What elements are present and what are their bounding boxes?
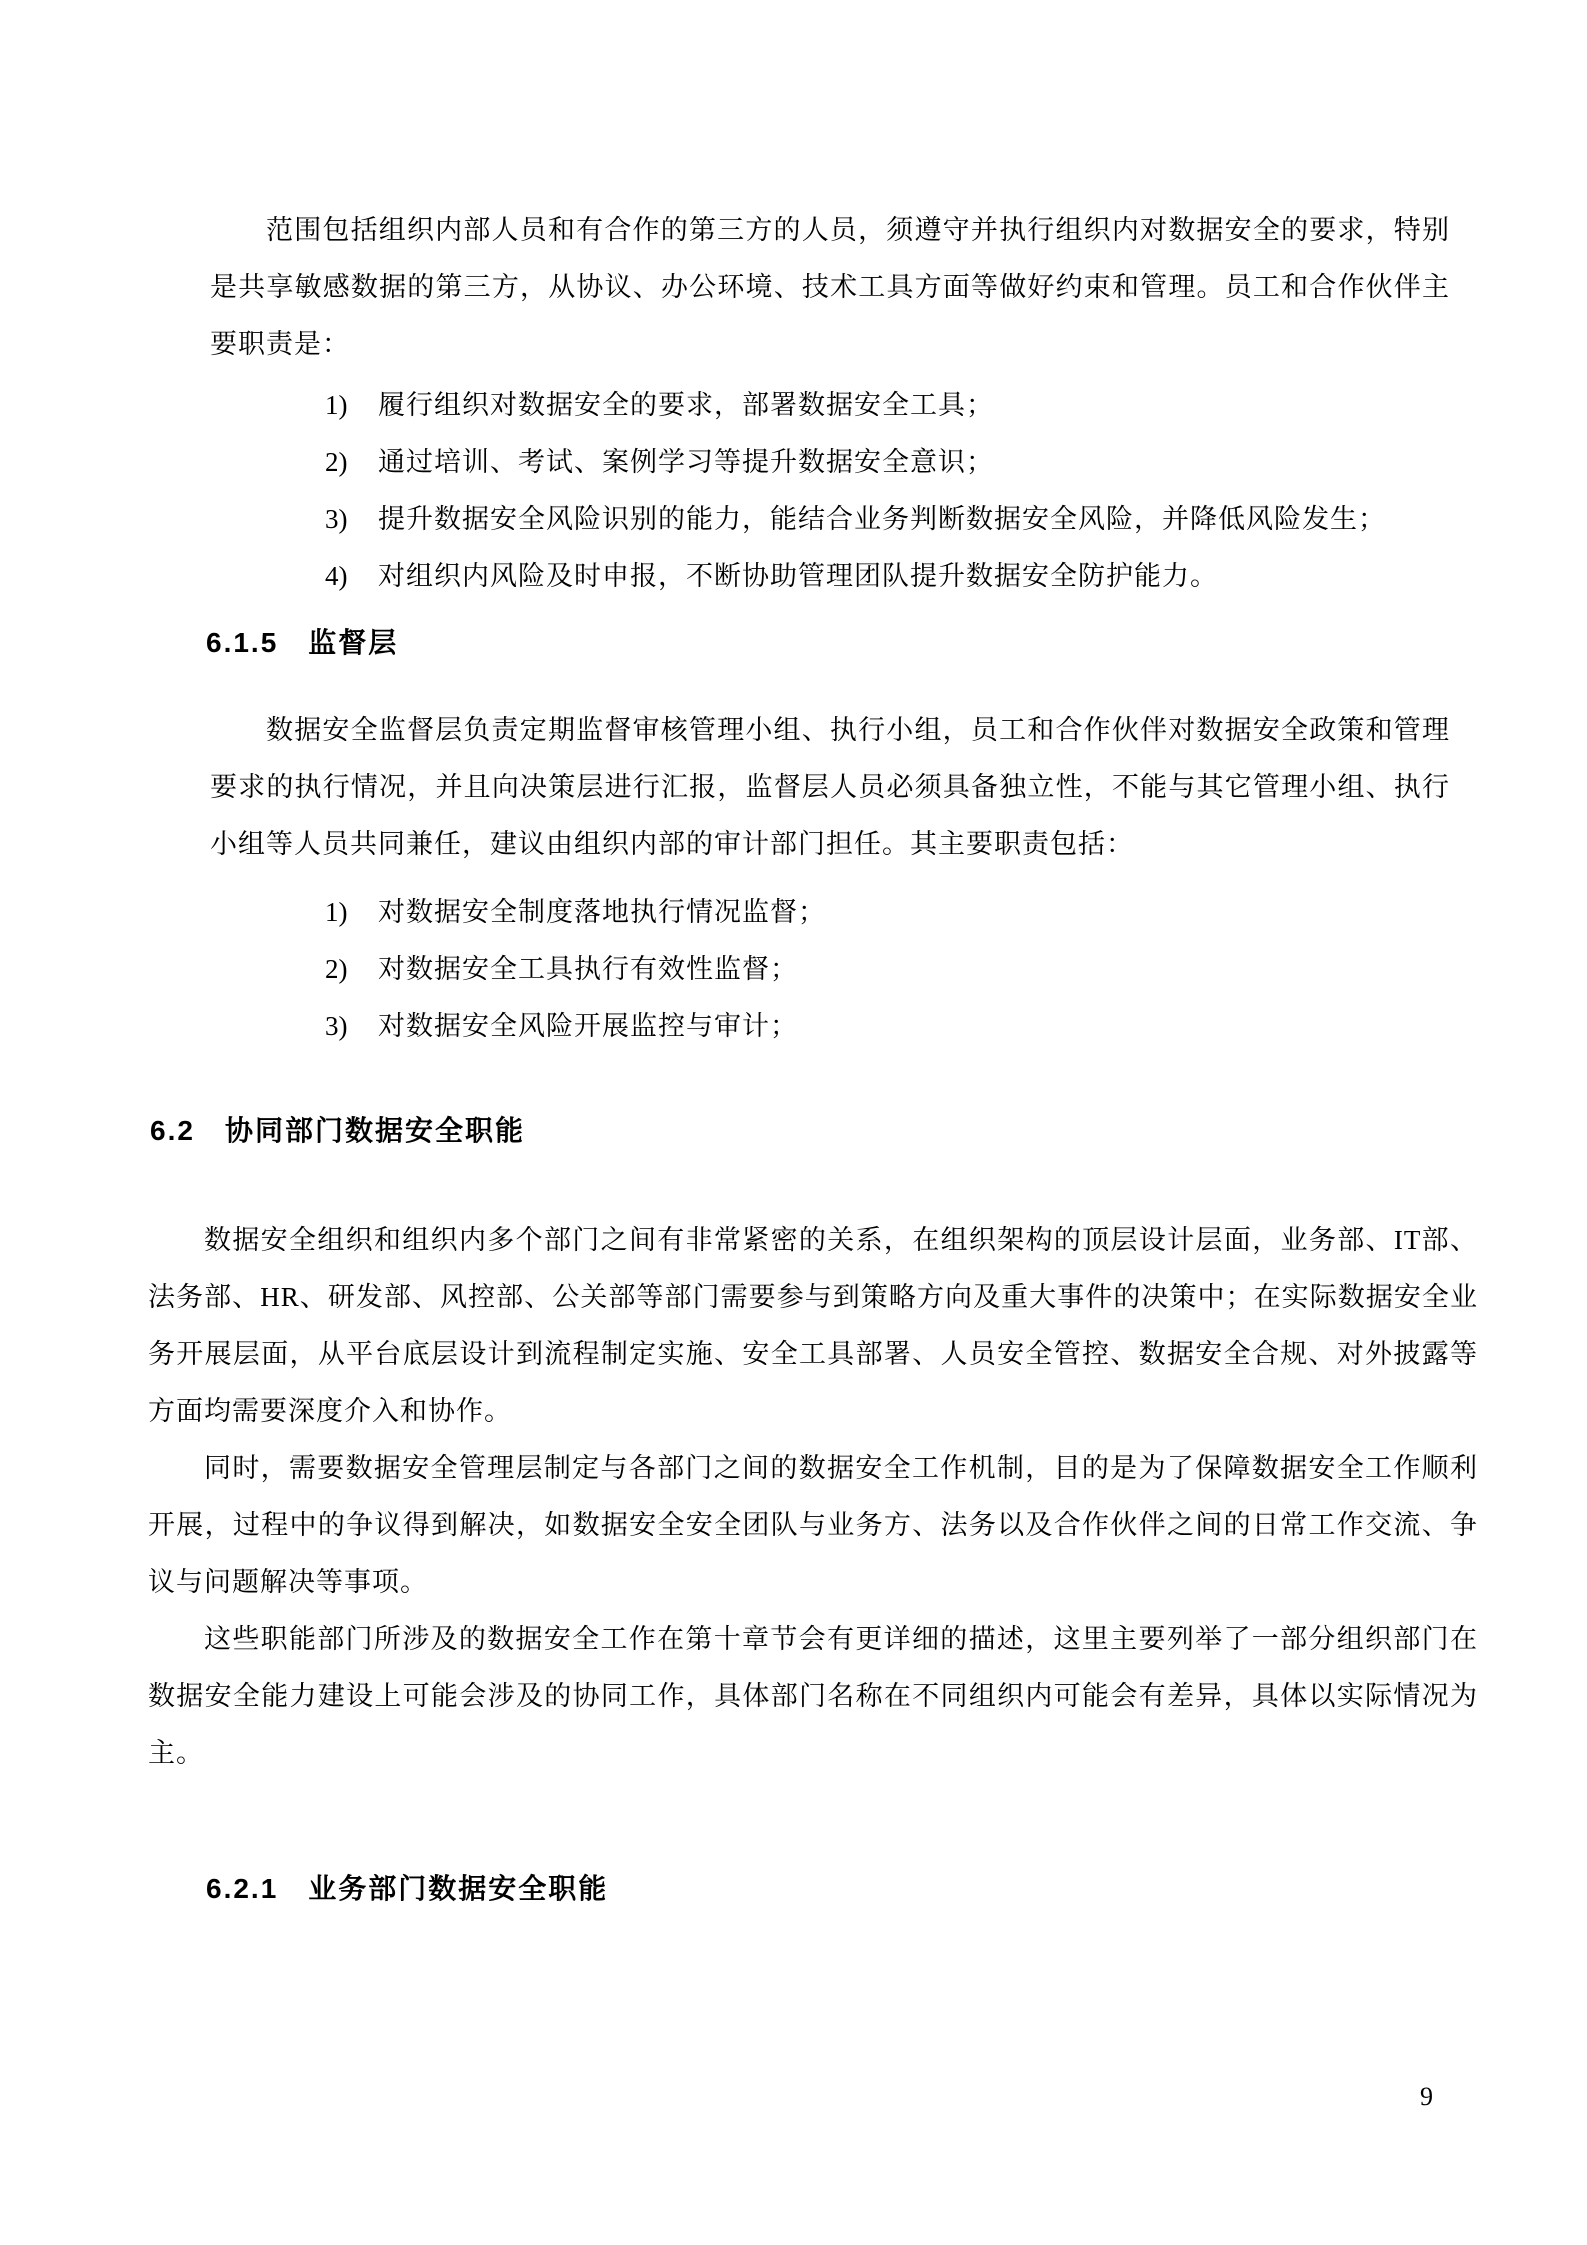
heading-title: 监督层 xyxy=(308,627,398,658)
heading-title: 业务部门数据安全职能 xyxy=(308,1873,608,1904)
list-item: 2)通过培训、考试、案例学习等提升数据安全意识； xyxy=(325,434,1386,491)
list-item-text: 对数据安全工具执行有效性监督； xyxy=(378,954,798,984)
list-item: 2)对数据安全工具执行有效性监督； xyxy=(325,941,826,998)
list-item: 3)提升数据安全风险识别的能力，能结合业务判断数据安全风险，并降低风险发生； xyxy=(325,491,1386,548)
intro-paragraph: 范围包括组织内部人员和有合作的第三方的人员，须遵守并执行组织内对数据安全的要求，… xyxy=(210,202,1450,373)
list-item-text: 提升数据安全风险识别的能力，能结合业务判断数据安全风险，并降低风险发生； xyxy=(378,504,1386,534)
list-item-number: 2) xyxy=(325,434,378,491)
heading-number: 6.2 xyxy=(150,1115,195,1146)
list-item-number: 3) xyxy=(325,998,378,1055)
heading-6-2: 6.2协同部门数据安全职能 xyxy=(150,1114,525,1148)
list-item: 3)对数据安全风险开展监控与审计； xyxy=(325,998,826,1055)
document-page: 范围包括组织内部人员和有合作的第三方的人员，须遵守并执行组织内对数据安全的要求，… xyxy=(0,0,1587,2245)
list-item-number: 3) xyxy=(325,491,378,548)
list-item-number: 1) xyxy=(325,884,378,941)
list-item-text: 对数据安全风险开展监控与审计； xyxy=(378,1011,798,1041)
collaboration-paragraph-2: 同时，需要数据安全管理层制定与各部门之间的数据安全工作机制，目的是为了保障数据安… xyxy=(148,1440,1478,1611)
collaboration-paragraph-3: 这些职能部门所涉及的数据安全工作在第十章节会有更详细的描述，这里主要列举了一部分… xyxy=(148,1611,1478,1782)
list-item-number: 1) xyxy=(325,377,378,434)
list-item: 4)对组织内风险及时申报，不断协助管理团队提升数据安全防护能力。 xyxy=(325,548,1386,605)
heading-title: 协同部门数据安全职能 xyxy=(225,1115,525,1146)
list-item-text: 通过培训、考试、案例学习等提升数据安全意识； xyxy=(378,447,994,477)
list-item-text: 履行组织对数据安全的要求，部署数据安全工具； xyxy=(378,390,994,420)
heading-number: 6.2.1 xyxy=(206,1873,278,1904)
list-item: 1)履行组织对数据安全的要求，部署数据安全工具； xyxy=(325,377,1386,434)
list-item: 1)对数据安全制度落地执行情况监督； xyxy=(325,884,826,941)
heading-6-2-1: 6.2.1业务部门数据安全职能 xyxy=(206,1872,608,1906)
collaboration-section-body: 数据安全组织和组织内多个部门之间有非常紧密的关系，在组织架构的顶层设计层面，业务… xyxy=(148,1212,1478,1782)
heading-number: 6.1.5 xyxy=(206,627,278,658)
list-item-number: 2) xyxy=(325,941,378,998)
list-item-number: 4) xyxy=(325,548,378,605)
staff-duties-list: 1)履行组织对数据安全的要求，部署数据安全工具； 2)通过培训、考试、案例学习等… xyxy=(325,377,1386,605)
heading-6-1-5: 6.1.5监督层 xyxy=(206,626,398,660)
supervision-duties-list: 1)对数据安全制度落地执行情况监督； 2)对数据安全工具执行有效性监督； 3)对… xyxy=(325,884,826,1055)
collaboration-paragraph-1: 数据安全组织和组织内多个部门之间有非常紧密的关系，在组织架构的顶层设计层面，业务… xyxy=(148,1212,1478,1440)
list-item-text: 对组织内风险及时申报，不断协助管理团队提升数据安全防护能力。 xyxy=(378,561,1218,591)
page-number: 9 xyxy=(1420,2082,1433,2112)
supervision-paragraph: 数据安全监督层负责定期监督审核管理小组、执行小组，员工和合作伙伴对数据安全政策和… xyxy=(210,702,1450,873)
list-item-text: 对数据安全制度落地执行情况监督； xyxy=(378,897,826,927)
